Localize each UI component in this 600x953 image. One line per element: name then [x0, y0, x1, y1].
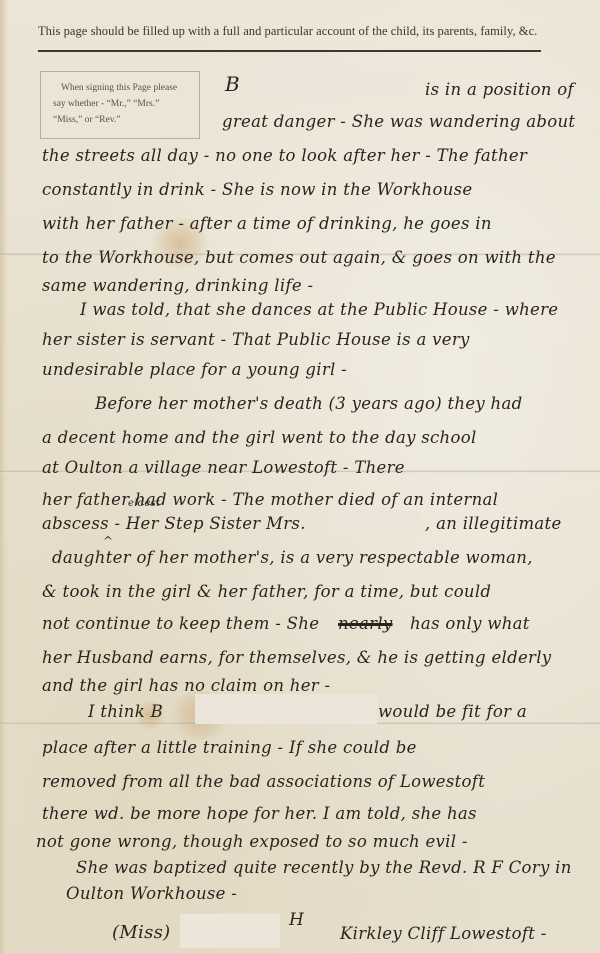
handwritten-line: same wandering, drinking life -	[42, 276, 313, 295]
document-page: This page should be filled up with a ful…	[0, 0, 600, 953]
signing-line-1: When signing this Page please	[53, 80, 193, 96]
paper-edge	[0, 0, 8, 953]
signature-title: (Miss)	[112, 922, 171, 943]
signing-instructions-box: When signing this Page please say whethe…	[40, 71, 200, 139]
handwritten-line: is in a position of	[425, 80, 574, 99]
handwritten-line: She was baptized quite recently by the R…	[76, 858, 572, 877]
handwritten-line: to the Workhouse, but comes out again, &…	[42, 248, 556, 267]
handwritten-line: & took in the girl & her father, for a t…	[42, 582, 491, 601]
handwritten-line: not gone wrong, though exposed to so muc…	[36, 832, 468, 851]
handwritten-line: with her father - after a time of drinki…	[42, 214, 492, 233]
redacted-name	[330, 510, 420, 536]
handwritten-line: her father had work - The mother died of…	[42, 490, 498, 509]
handwritten-line: Before her mother's death (3 years ago) …	[95, 394, 523, 413]
handwritten-line: constantly in drink - She is now in the …	[42, 180, 472, 199]
struck-word: nearly	[338, 614, 393, 633]
handwritten-line: I think B	[88, 702, 163, 721]
signing-line-3: “Miss,” or “Rev.”	[53, 112, 193, 128]
handwritten-line: and the girl has no claim on her -	[42, 676, 330, 695]
handwritten-line: would be fit for a	[378, 702, 527, 721]
handwritten-line: has only what	[410, 614, 530, 633]
handwritten-line: daughter of her mother's, is a very resp…	[52, 548, 533, 567]
redacted-name	[250, 70, 410, 98]
handwritten-line: her sister is servant - That Public Hous…	[42, 330, 470, 349]
handwritten-line: great danger - She was wandering about	[222, 112, 575, 131]
redacted-name	[195, 694, 377, 724]
handwritten-line: , an illegitimate	[425, 514, 562, 533]
signature-initial: H	[289, 910, 304, 930]
printed-header: This page should be filled up with a ful…	[38, 24, 558, 39]
handwritten-line: place after a little training - If she c…	[42, 738, 417, 757]
handwritten-line: I was told, that she dances at the Publi…	[80, 300, 558, 319]
handwritten-line: the streets all day - no one to look aft…	[42, 146, 527, 165]
handwritten-line: B	[225, 72, 240, 96]
handwritten-line: not continue to keep them - She	[42, 614, 319, 633]
signing-line-2: say whether - “Mr.,” “Mrs.”	[53, 96, 193, 112]
handwritten-line: there wd. be more hope for her. I am tol…	[42, 804, 477, 823]
handwritten-line: abscess - Her Step Sister Mrs.	[42, 514, 306, 533]
redacted-signature	[180, 914, 280, 948]
insertion-caret: ^	[103, 534, 113, 548]
header-rule	[38, 50, 541, 52]
handwritten-line: at Oulton a village near Lowestoft - The…	[42, 458, 405, 477]
handwritten-line: Oulton Workhouse -	[66, 884, 237, 903]
handwritten-line: undesirable place for a young girl -	[42, 360, 347, 379]
handwritten-line: removed from all the bad associations of…	[42, 772, 485, 791]
inserted-word: eldest	[128, 498, 160, 509]
signature-address: Kirkley Cliff Lowestoft -	[340, 924, 547, 943]
handwritten-line: a decent home and the girl went to the d…	[42, 428, 477, 447]
handwritten-line: her Husband earns, for themselves, & he …	[42, 648, 551, 667]
